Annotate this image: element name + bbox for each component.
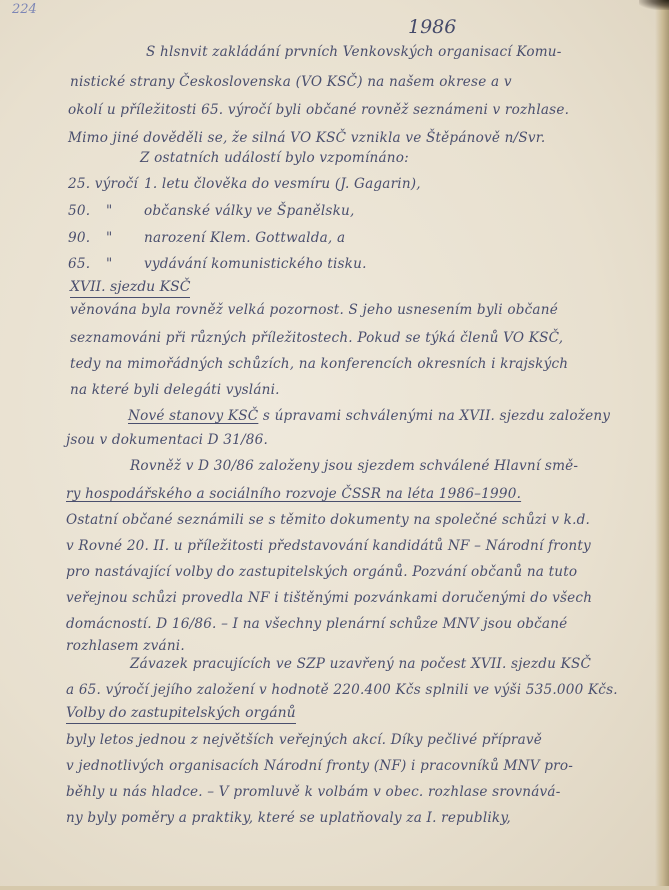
congress-section-heading: XVII. sjezdu KSČ: [70, 280, 190, 298]
year-heading: 1986: [408, 16, 456, 38]
anniversary-text: narození Klem. Gottwalda, a: [144, 230, 345, 246]
anniversary-text: vydávání komunistického tisku.: [144, 256, 367, 272]
paragraph-1-line-2: nistické strany Československa (VO KSČ) …: [70, 76, 512, 90]
smery-line-8: rozhlasem zváni.: [66, 640, 185, 654]
zavazek-line-1: Závazek pracujících ve SZP uzavřený na p…: [130, 658, 591, 672]
paragraph-1-line-1: S hlsnvit zakládání prvních Venkovských …: [146, 46, 562, 60]
paragraph-1-line-3: okolí u příležitosti 65. výročí byli obč…: [68, 104, 569, 118]
ditto-mark: ": [106, 205, 144, 219]
anniversary-text: občanské války ve Španělsku,: [144, 203, 355, 219]
smery-line-2: ry hospodářského a sociálního rozvoje ČS…: [66, 488, 521, 502]
anniversary-number: 25. výročí: [68, 178, 144, 192]
elections-line-3: běhly u nás hladce. – V promluvě k volbá…: [66, 786, 561, 800]
smery-line-4: v Rovné 20. II. u příležitosti představo…: [66, 540, 591, 554]
handwritten-chronicle-page: 224 1986 S hlsnvit zakládání prvních Ven…: [0, 0, 669, 890]
anniversary-number: 50.: [68, 205, 106, 219]
congress-line-2: seznamováni při různých příležitostech. …: [70, 332, 563, 346]
stanovy-underlined-lead: Nové stanovy KSČ: [128, 408, 258, 424]
anniversary-item: 65."vydávání komunistického tisku.: [68, 258, 367, 272]
anniversary-text: 1. letu člověka do vesmíru (J. Gagarin),: [144, 176, 421, 192]
paragraph-1-line-4: Mimo jiné dověděli se, že silná VO KSČ v…: [68, 132, 545, 146]
smery-line-6: veřejnou schůzi provedla NF i tištěnými …: [66, 592, 592, 606]
anniversary-item: 50."občanské války ve Španělsku,: [68, 205, 355, 219]
stanovy-line-2: jsou v dokumentaci D 31/86.: [66, 434, 268, 448]
smery-line-3: Ostatní občané seznámili se s těmito dok…: [66, 514, 590, 528]
zavazek-line-2: a 65. výročí jejího založení v hodnotě 2…: [66, 684, 618, 698]
book-binding-edge: [655, 0, 669, 890]
smery-line-7: domácností. D 16/86. – I na všechny plen…: [66, 618, 567, 632]
congress-line-3: tedy na mimořádných schůzích, na konfere…: [70, 358, 568, 372]
elections-section-heading: Volby do zastupitelských orgánů: [66, 706, 296, 724]
anniversary-item: 25. výročí1. letu člověka do vesmíru (J.…: [68, 178, 421, 192]
elections-line-4: ny byly poměry a praktiky, které se upla…: [66, 812, 511, 826]
congress-line-1: věnována byla rovněž velká pozornost. S …: [70, 304, 558, 318]
ditto-mark: ": [106, 232, 144, 246]
anniversary-number: 90.: [68, 232, 106, 246]
ditto-mark: ": [106, 258, 144, 272]
stanovy-text: s úpravami schválenými na XVII. sjezdu z…: [263, 408, 610, 424]
elections-line-2: v jednotlivých organisacích Národní fron…: [66, 760, 573, 774]
anniversary-number: 65.: [68, 258, 106, 272]
smery-line-5: pro nastávající volby do zastupitelských…: [66, 566, 577, 580]
elections-line-1: byly letos jednou z největších veřejných…: [66, 734, 542, 748]
congress-line-4: na které byli delegáti vysláni.: [70, 384, 280, 398]
corner-shadow: [639, 0, 669, 10]
page-bottom-edge: [0, 886, 669, 890]
anniversaries-intro: Z ostatních událostí bylo vzpomínáno:: [140, 152, 409, 166]
stanovy-line-1: Nové stanovy KSČ s úpravami schválenými …: [128, 410, 610, 424]
smery-line-1: Rovněž v D 30/86 založeny jsou sjezdem s…: [130, 460, 578, 474]
page-number: 224: [12, 2, 37, 17]
anniversary-item: 90."narození Klem. Gottwalda, a: [68, 232, 345, 246]
